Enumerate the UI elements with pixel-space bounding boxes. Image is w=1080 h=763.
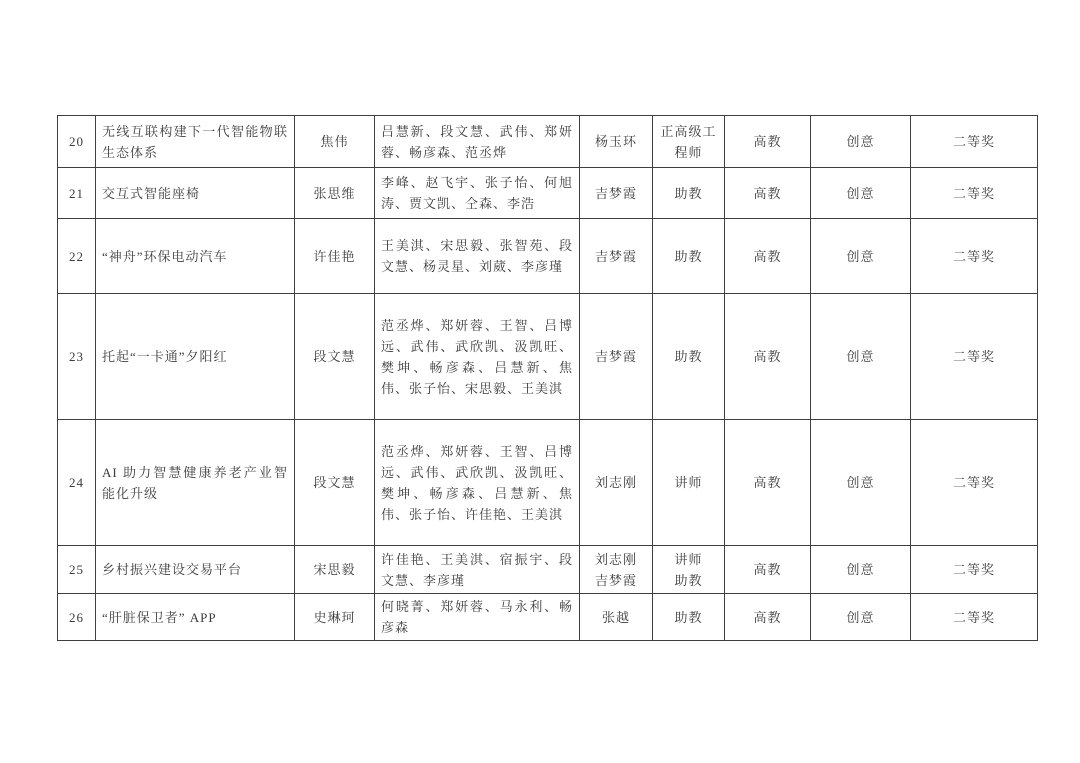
cell-award: 二等奖 [911,219,1038,294]
cell-advisor-title: 助教 [653,294,725,420]
cell-group: 创意 [811,594,911,641]
cell-project-name: 交互式智能座椅 [96,168,295,219]
cell-project-name: AI 助力智慧健康养老产业智能化升级 [96,420,295,546]
cell-row-number: 20 [58,116,96,168]
cell-group: 创意 [811,546,911,594]
cell-advisor-name: 吉梦霞 [580,219,653,294]
cell-team-members: 吕慧新、段文慧、武伟、郑妍蓉、畅彦森、范丞烨 [375,116,580,168]
cell-team-members: 何晓菁、郑妍蓉、马永利、畅彦森 [375,594,580,641]
cell-team-members: 范丞烨、郑妍蓉、王智、吕博远、武伟、武欣凯、汲凯旺、樊坤、畅彦森、吕慧新、焦伟、… [375,294,580,420]
cell-leader-name: 张思维 [295,168,375,219]
cell-advisor-name: 刘志刚 吉梦霞 [580,546,653,594]
cell-row-number: 26 [58,594,96,641]
table-row: 21 交互式智能座椅 张思维 李峰、赵飞宇、张子怡、何旭涛、贾文凯、仝森、李浩 … [58,168,1038,219]
awards-table: 20 无线互联构建下一代智能物联生态体系 焦伟 吕慧新、段文慧、武伟、郑妍蓉、畅… [57,115,1038,641]
cell-advisor-title: 正高级工程师 [653,116,725,168]
cell-leader-name: 史琳珂 [295,594,375,641]
cell-project-name: “肝脏保卫者” APP [96,594,295,641]
cell-project-name: “神舟”环保电动汽车 [96,219,295,294]
cell-leader-name: 宋思毅 [295,546,375,594]
cell-project-name: 无线互联构建下一代智能物联生态体系 [96,116,295,168]
cell-advisor-name: 吉梦霞 [580,168,653,219]
cell-leader-name: 许佳艳 [295,219,375,294]
table-row: 24 AI 助力智慧健康养老产业智能化升级 段文慧 范丞烨、郑妍蓉、王智、吕博远… [58,420,1038,546]
document-page: 20 无线互联构建下一代智能物联生态体系 焦伟 吕慧新、段文慧、武伟、郑妍蓉、畅… [0,0,1080,763]
cell-row-number: 25 [58,546,96,594]
cell-category: 高教 [725,116,811,168]
cell-project-name: 托起“一卡通”夕阳红 [96,294,295,420]
cell-award: 二等奖 [911,594,1038,641]
cell-row-number: 23 [58,294,96,420]
cell-award: 二等奖 [911,294,1038,420]
table-row: 22 “神舟”环保电动汽车 许佳艳 王美淇、宋思毅、张智苑、段文慧、杨灵星、刘葳… [58,219,1038,294]
cell-category: 高教 [725,546,811,594]
cell-row-number: 22 [58,219,96,294]
cell-group: 创意 [811,116,911,168]
cell-group: 创意 [811,219,911,294]
cell-leader-name: 焦伟 [295,116,375,168]
cell-group: 创意 [811,294,911,420]
cell-team-members: 王美淇、宋思毅、张智苑、段文慧、杨灵星、刘葳、李彦瑾 [375,219,580,294]
cell-advisor-name: 张越 [580,594,653,641]
cell-row-number: 21 [58,168,96,219]
cell-leader-name: 段文慧 [295,294,375,420]
cell-category: 高教 [725,594,811,641]
cell-category: 高教 [725,420,811,546]
cell-advisor-title: 助教 [653,594,725,641]
cell-category: 高教 [725,168,811,219]
cell-award: 二等奖 [911,546,1038,594]
cell-advisor-title: 讲师 助教 [653,546,725,594]
cell-team-members: 范丞烨、郑妍蓉、王智、吕博远、武伟、武欣凯、汲凯旺、樊坤、畅彦森、吕慧新、焦伟、… [375,420,580,546]
table-row: 20 无线互联构建下一代智能物联生态体系 焦伟 吕慧新、段文慧、武伟、郑妍蓉、畅… [58,116,1038,168]
table-row: 26 “肝脏保卫者” APP 史琳珂 何晓菁、郑妍蓉、马永利、畅彦森 张越 助教… [58,594,1038,641]
cell-award: 二等奖 [911,116,1038,168]
cell-team-members: 李峰、赵飞宇、张子怡、何旭涛、贾文凯、仝森、李浩 [375,168,580,219]
cell-award: 二等奖 [911,168,1038,219]
table-row: 25 乡村振兴建设交易平台 宋思毅 许佳艳、王美淇、宿振宇、段文慧、李彦瑾 刘志… [58,546,1038,594]
cell-project-name: 乡村振兴建设交易平台 [96,546,295,594]
cell-category: 高教 [725,294,811,420]
cell-category: 高教 [725,219,811,294]
cell-advisor-name: 刘志刚 [580,420,653,546]
table-row: 23 托起“一卡通”夕阳红 段文慧 范丞烨、郑妍蓉、王智、吕博远、武伟、武欣凯、… [58,294,1038,420]
cell-advisor-name: 吉梦霞 [580,294,653,420]
cell-advisor-name: 杨玉环 [580,116,653,168]
cell-advisor-title: 讲师 [653,420,725,546]
cell-leader-name: 段文慧 [295,420,375,546]
cell-row-number: 24 [58,420,96,546]
cell-advisor-title: 助教 [653,168,725,219]
cell-team-members: 许佳艳、王美淇、宿振宇、段文慧、李彦瑾 [375,546,580,594]
cell-advisor-title: 助教 [653,219,725,294]
cell-group: 创意 [811,168,911,219]
cell-award: 二等奖 [911,420,1038,546]
cell-group: 创意 [811,420,911,546]
